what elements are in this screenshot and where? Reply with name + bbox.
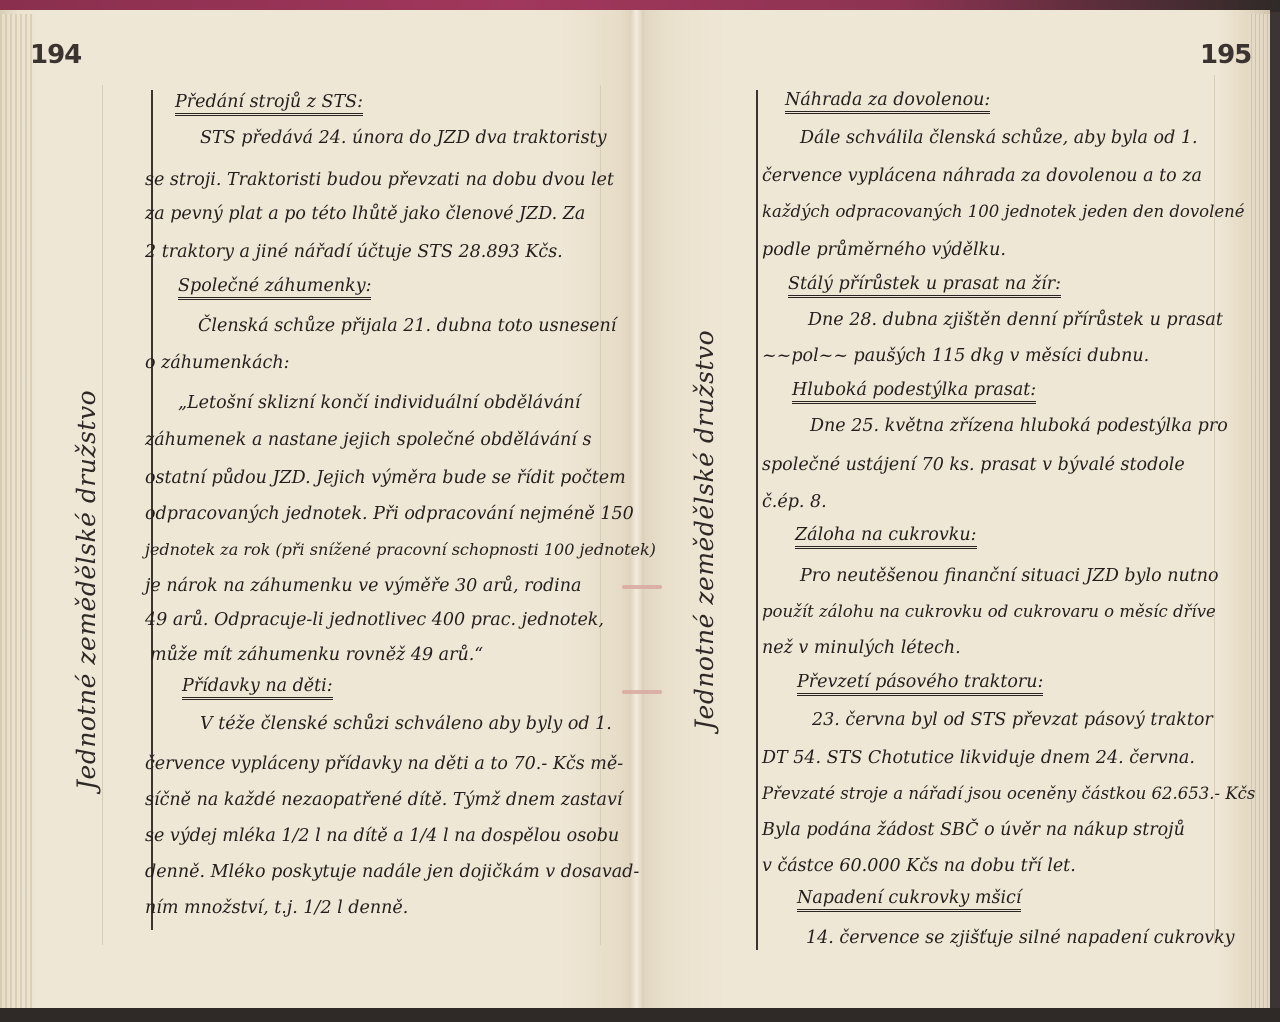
- text-line: než v minulých létech.: [762, 638, 961, 658]
- text-line: Dále schválila členská schůze, aby byla …: [800, 128, 1198, 148]
- text-line: DT 54. STS Chotutice likviduje dnem 24. …: [762, 748, 1195, 768]
- text-line: každých odpracovaných 100 jednotek jeden…: [762, 202, 1245, 221]
- section-heading: Záloha na cukrovku:: [795, 525, 977, 549]
- text-line: použít zálohu na cukrovku od cukrovaru o…: [762, 602, 1216, 621]
- text-line: 23. června byl od STS převzat pásový tra…: [812, 710, 1213, 730]
- text-line: Pro neutěšenou finanční situaci JZD bylo…: [800, 566, 1219, 586]
- text-line: společné ustájení 70 ks. prasat v bývalé…: [762, 455, 1185, 475]
- section-heading: Napadení cukrovky mšicí: [797, 888, 1021, 912]
- text-line: Převzaté stroje a nářadí jsou oceněny čá…: [762, 784, 1255, 803]
- section-heading: Náhrada za dovolenou:: [785, 90, 990, 114]
- section-heading: Hluboká podestýlka prasat:: [792, 380, 1036, 404]
- text-line: Byla podána žádost SBČ o úvěr na nákup s…: [762, 820, 1185, 840]
- text-line: Dne 28. dubna zjištěn denní přírůstek u …: [808, 310, 1223, 330]
- text-line: v částce 60.000 Kčs na dobu tří let.: [762, 856, 1076, 876]
- text-line: ~~pol~~ paušých 115 dkg v měsíci dubnu.: [762, 346, 1149, 366]
- text-line: č.ép. 8.: [762, 492, 827, 512]
- ledger-scan: 194 195 Jednotné zemědělské družstvo Jed…: [0, 0, 1280, 1022]
- section-heading: Stálý přírůstek u prasat na žír:: [788, 274, 1061, 298]
- right-page-text: Náhrada za dovolenou: Dále schválila čle…: [0, 0, 1280, 1022]
- section-heading: Převzetí pásového traktoru:: [797, 672, 1043, 696]
- text-line: podle průměrného výdělku.: [762, 240, 1006, 260]
- text-line: 14. července se zjišťuje silné napadení …: [806, 928, 1235, 948]
- text-line: Dne 25. května zřízena hluboká podestýlk…: [810, 416, 1228, 436]
- text-line: července vyplácena náhrada za dovolenou …: [762, 166, 1202, 186]
